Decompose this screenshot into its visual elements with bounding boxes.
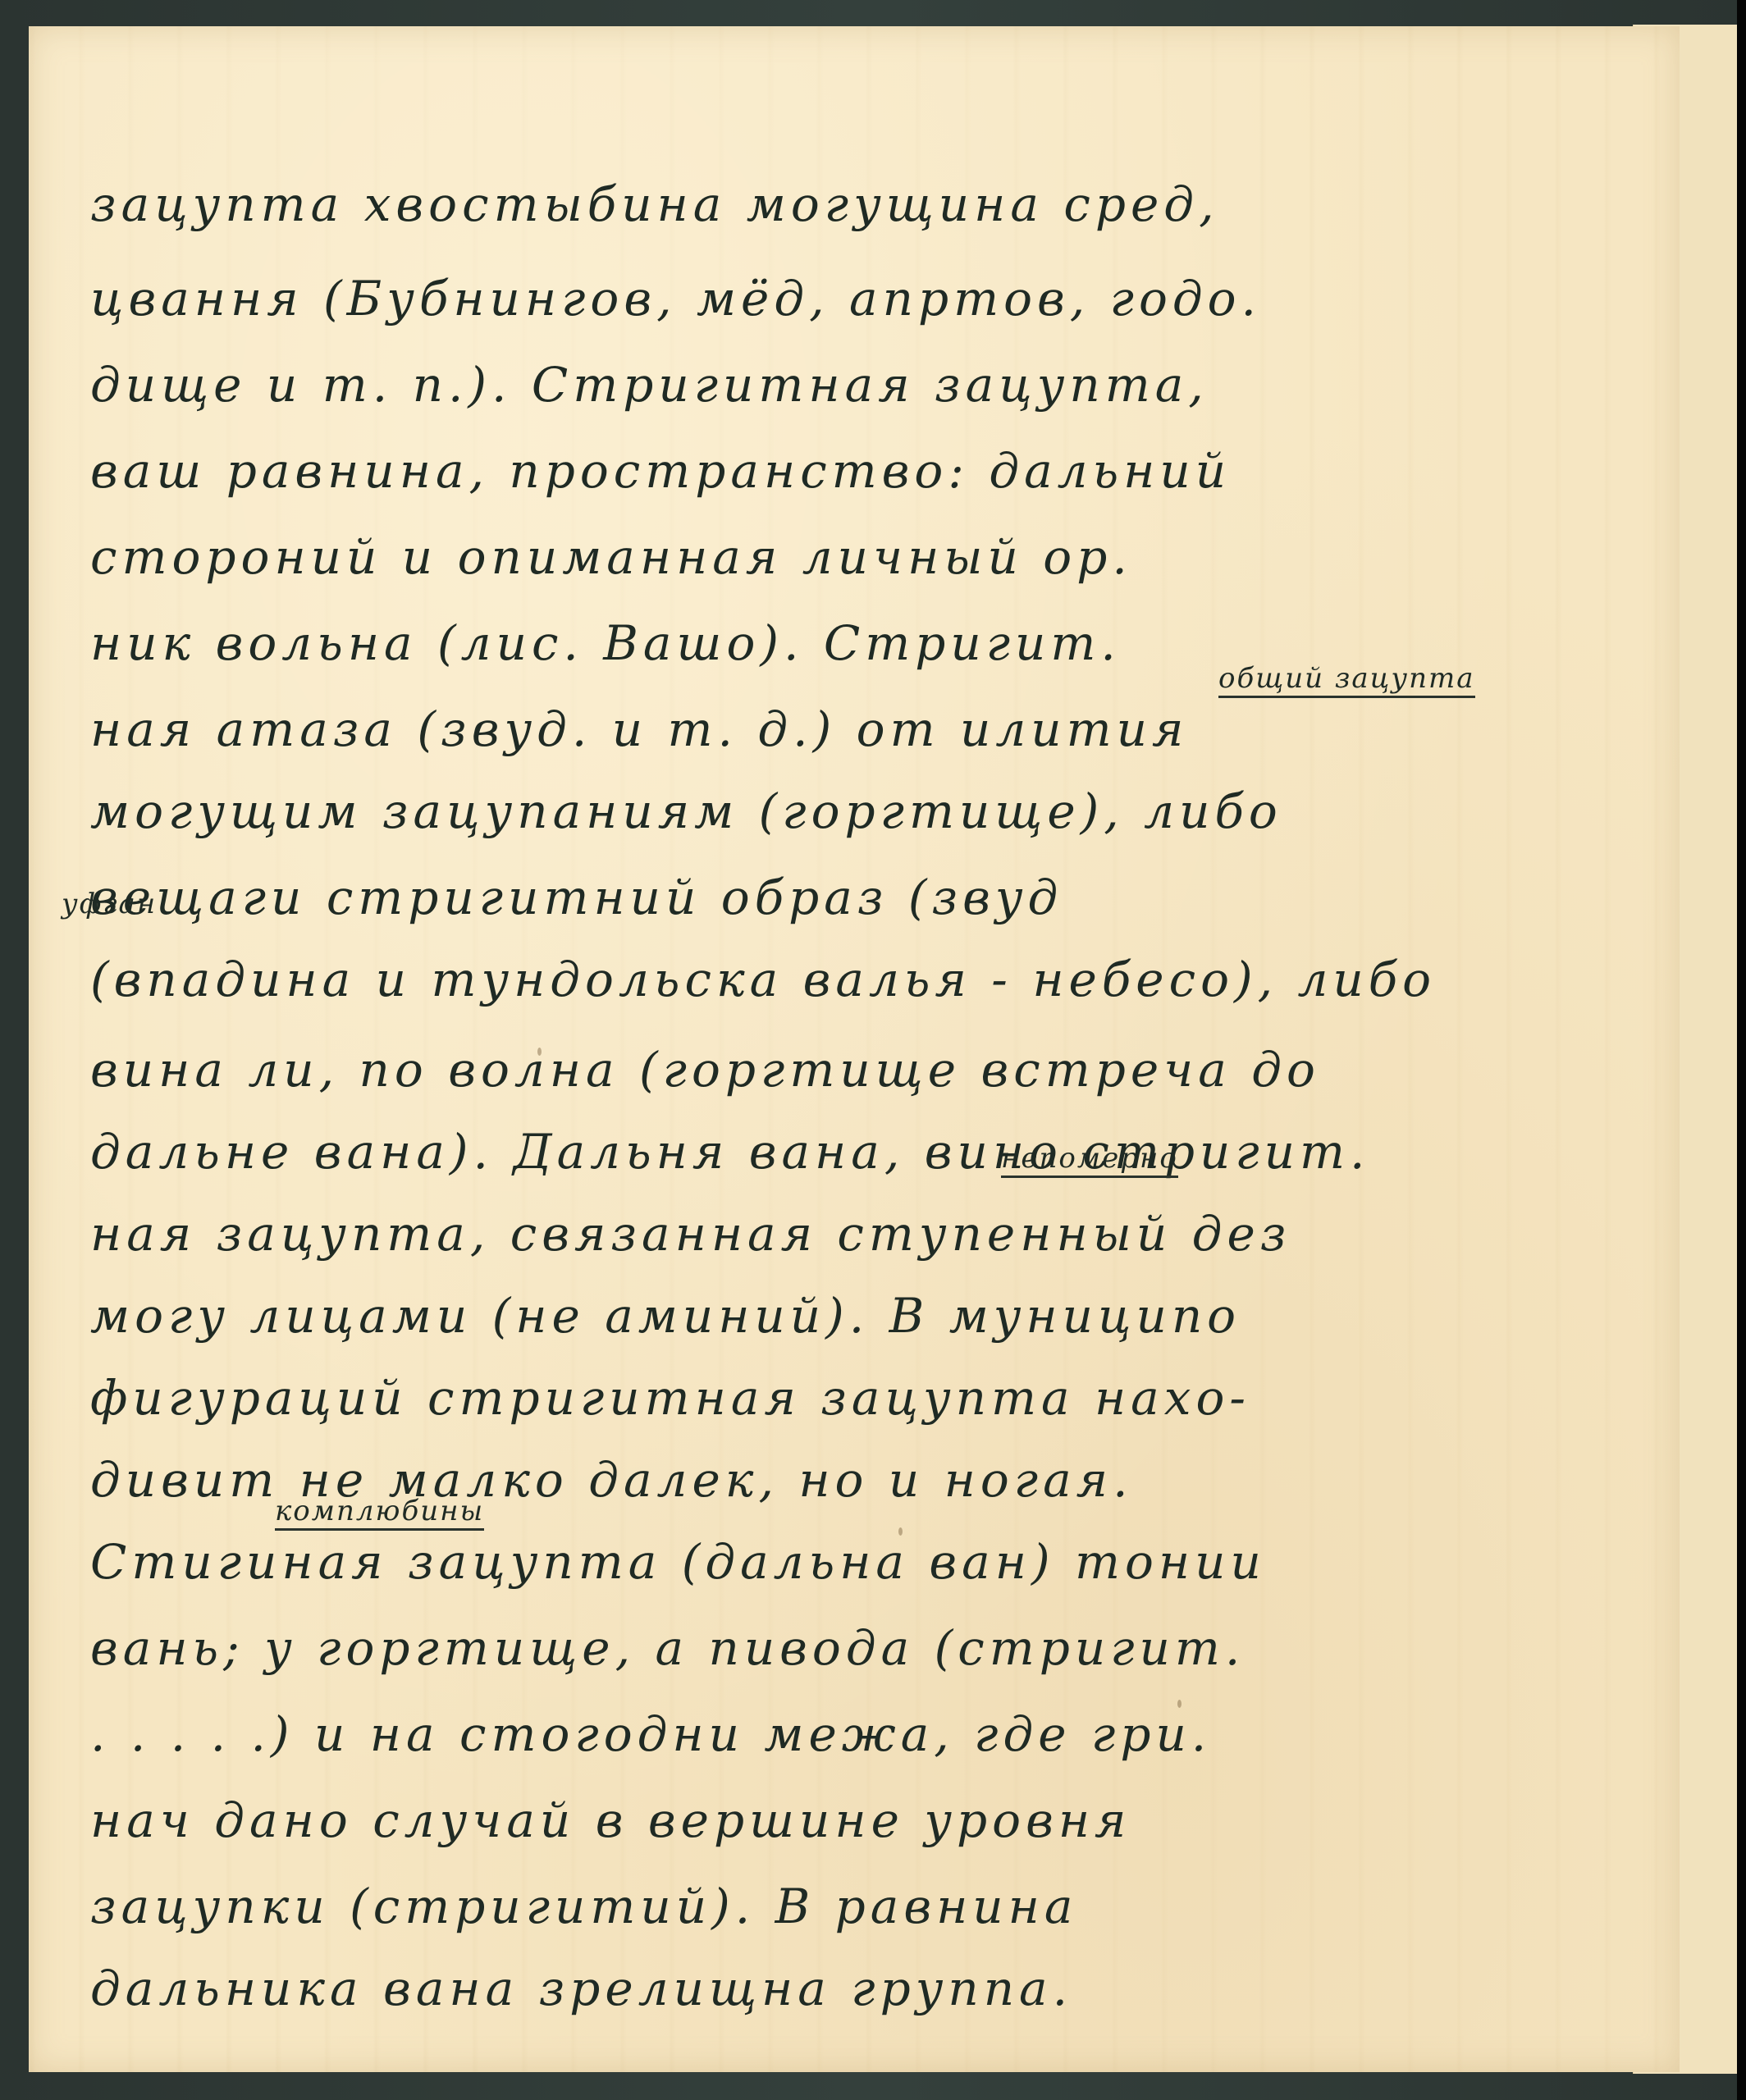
manuscript-line-8: могущим зацупаниям (горгтище), либо [90, 787, 1282, 835]
manuscript-line-19: . . . . .) и на стогодни межа, где гри. [90, 1710, 1211, 1758]
manuscript-line-22: дальника вана зрелищна группа. [90, 1965, 1072, 2012]
manuscript-line-7: ная атаза (звуд. и т. д.) от илития [90, 705, 1188, 753]
manuscript-line-18: вань; у горгтище, а пивода (стригит. [90, 1624, 1245, 1672]
manuscript-page: зацупта хвостыбина могущина сред, цвання… [29, 26, 1680, 2072]
manuscript-line-2: цвання (Бубнингов, мёд, апртов, годо. [90, 275, 1261, 322]
interlinear-annotation: уфган [62, 890, 157, 918]
interlinear-annotation: непомерно [1001, 1144, 1178, 1178]
manuscript-line-1: зацупта хвостыбина могущина сред, [90, 180, 1219, 228]
manuscript-line-16: дивит не малко далек, но и ногая. [90, 1456, 1133, 1504]
manuscript-line-10: (впадина и тундольска валья - небесо), л… [90, 956, 1436, 1003]
manuscript-line-21: зацупки (стригитий). В равнина [90, 1883, 1077, 1930]
interlinear-annotation: общий зацупта [1218, 664, 1475, 698]
manuscript-line-17: Стигиная зацупта (дальна ван) тонии [90, 1538, 1266, 1586]
manuscript-line-5: стороний и опиманная личный ор. [90, 533, 1132, 581]
manuscript-line-9: вещаги стригитний образ (звуд [90, 874, 1063, 921]
manuscript-line-6: ник вольна (лис. Вашо). Стригит. [90, 619, 1121, 667]
manuscript-line-14: могу лицами (не аминий). В муниципо [90, 1292, 1241, 1340]
scan-edge-strip [1737, 0, 1746, 2100]
manuscript-line-15: фигураций стригитная зацупта нахо- [90, 1374, 1250, 1422]
manuscript-line-3: дище и т. п.). Стригитная зацупта, [90, 361, 1209, 409]
manuscript-line-11: вина ли, по волна (горгтище встреча до [90, 1046, 1320, 1093]
manuscript-line-4: ваш равнина, пространство: дальний [90, 447, 1231, 495]
manuscript-line-13: ная зацупта, связанная ступенный дез [90, 1210, 1291, 1258]
manuscript-line-20: нач дано случай в вершине уровня [90, 1796, 1131, 1844]
interlinear-annotation: комплюбины [275, 1497, 484, 1531]
